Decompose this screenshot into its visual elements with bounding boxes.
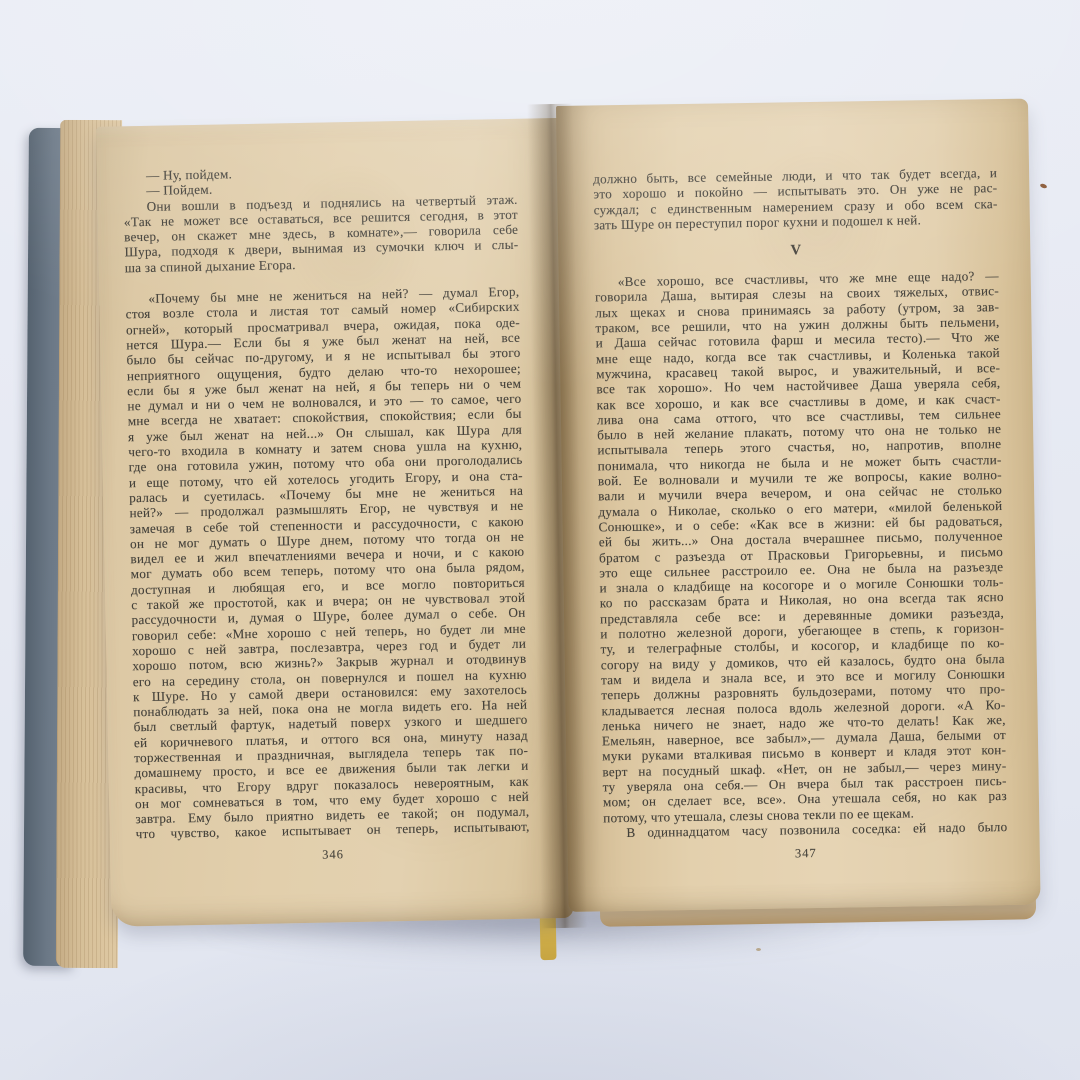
paper-speck [1040,183,1048,189]
left-page: — Ну, пойдем.— Пойдем.Они вошли в подъез… [96,118,573,927]
paper-speck [756,948,761,951]
left-page-text: — Ну, пойдем.— Пойдем.Они вошли в подъез… [123,161,530,866]
body-paragraph: «Почему бы мне не жениться на ней? — дум… [125,284,529,842]
right-page-text: должно быть, все семейные люди, и что та… [593,165,1008,864]
body-paragraph: «Все хорошо, все счастливы, что же мне е… [595,268,1008,825]
chapter-heading: V [594,239,998,262]
right-page: должно быть, все семейные люди, и что та… [556,99,1041,912]
body-paragraph: должно быть, все семейные люди, и что та… [593,165,998,233]
book-photo: — Ну, пойдем.— Пойдем.Они вошли в подъез… [0,0,1080,1080]
body-paragraph: Они вошли в подъезд и поднялись на четве… [123,191,518,275]
page-number: 347 [604,843,1008,864]
page-number: 346 [136,843,530,866]
